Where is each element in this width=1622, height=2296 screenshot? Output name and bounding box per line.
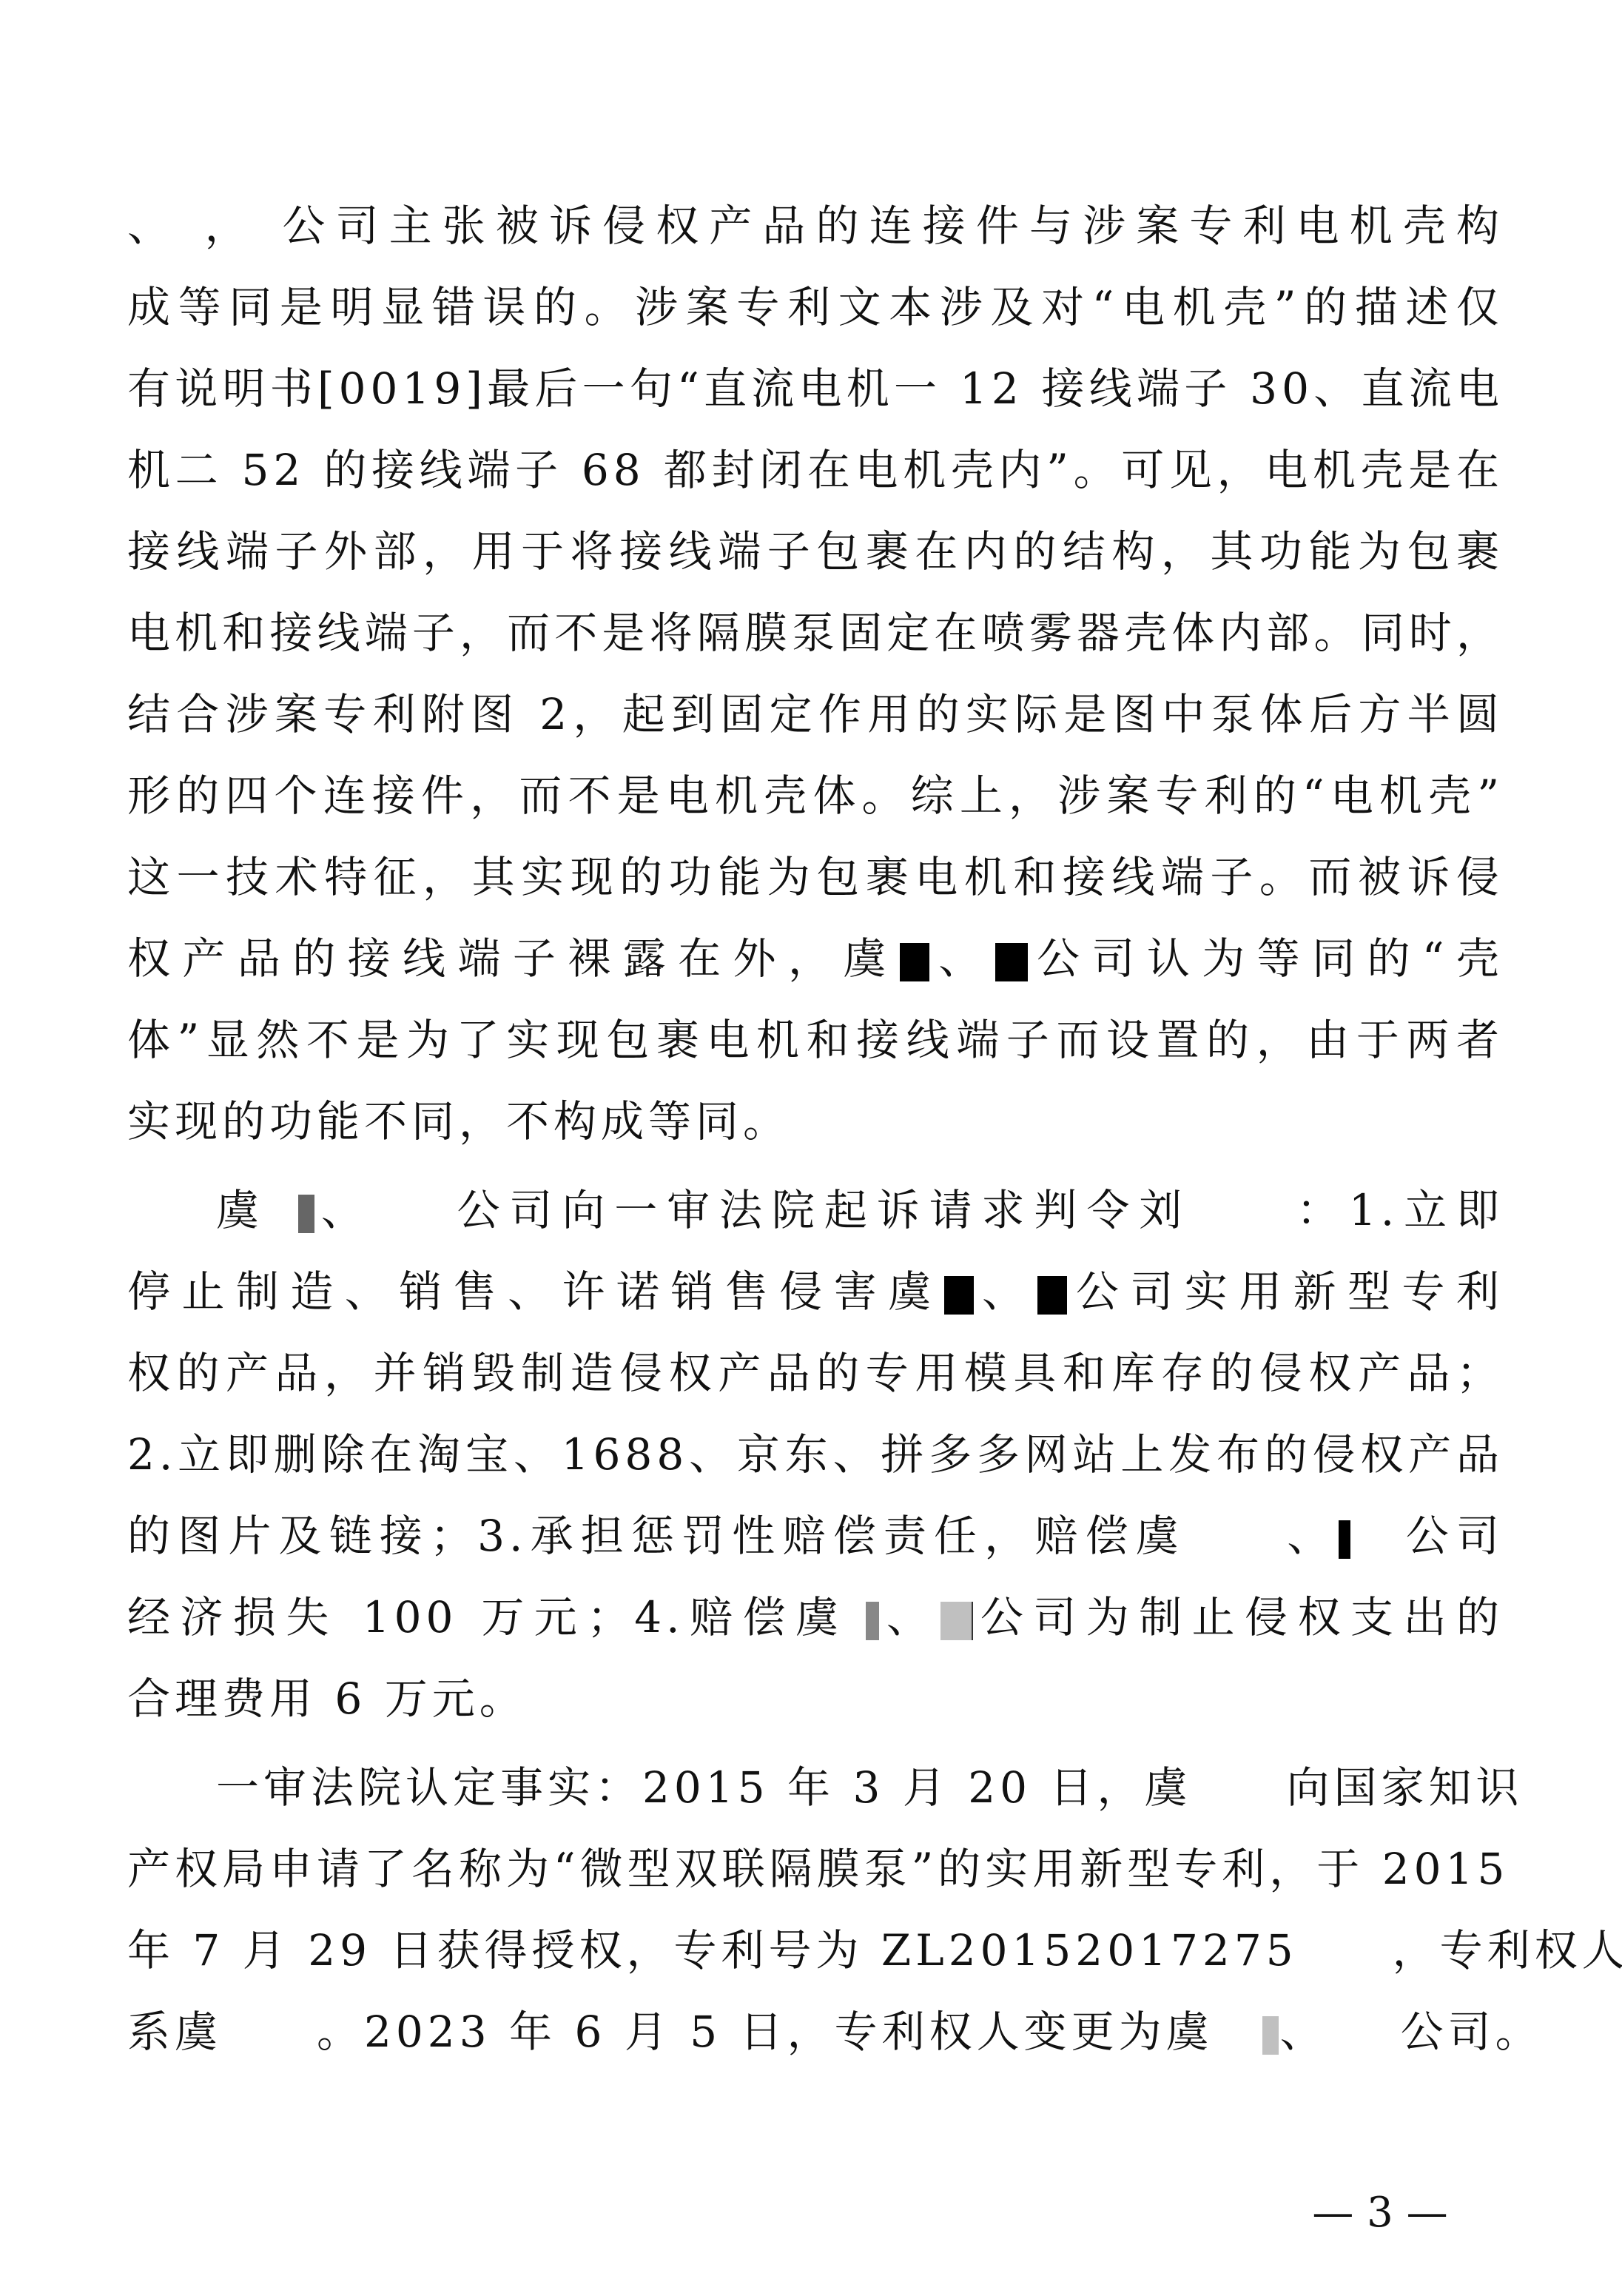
text-segment: 实现的功能不同，不构成等同。 — [127, 1096, 790, 1147]
text-segment: 结合涉案专利附图 2，起到固定作用的实际是图中泵体后方半圆 — [127, 689, 1504, 739]
text-line: 这一技术特征，其实现的功能为包裹电机和接线端子。而被诉侵 — [127, 836, 1504, 918]
text-segment: 公司实用新型专利 — [1069, 1266, 1504, 1317]
text-line: 停止制造、销售、许诺销售侵害虞、公司实用新型专利 — [127, 1251, 1504, 1332]
text-segment: 成等同是明显错误的。涉案专利文本涉及对“电机壳”的描述仅 — [127, 282, 1504, 332]
text-line: 年 7 月 29 日获得授权，专利号为 ZL20152017275 ，专利权人 — [127, 1910, 1504, 1991]
text-segment: 机二 52 的接线端子 68 都封闭在电机壳内”。可见，电机壳是在 — [127, 445, 1504, 495]
text-segment: 停止制造、销售、许诺销售侵害虞 — [127, 1266, 943, 1317]
text-line: 形的四个连接件，而不是电机壳体。综上，涉案专利的“电机壳” — [127, 755, 1504, 836]
text-line: 一审法院认定事实：2015 年 3 月 20 日，虞 向国家知识 — [127, 1747, 1504, 1828]
redaction-block — [298, 1195, 314, 1233]
text-line: 系虞 。2023 年 6 月 5 日，专利权人变更为虞 、 公司。 — [127, 1991, 1504, 2072]
text-segment: 年 7 月 29 日获得授权，专利号为 ZL20152017275 ，专利权人 — [127, 1925, 1622, 1976]
text-segment: 有说明书[0019]最后一句“直流电机一 12 接线端子 30、直流电 — [127, 363, 1504, 414]
text-line: 2.立即删除在淘宝、1688、京东、拼多多网站上发布的侵权产品 — [127, 1414, 1504, 1495]
text-line: 合理费用 6 万元。 — [127, 1658, 1504, 1739]
redaction-block — [900, 943, 929, 981]
redaction-block — [995, 943, 1028, 981]
text-segment: 、 公司。 — [1280, 2007, 1543, 2057]
text-segment: 接线端子外部，用于将接线端子包裹在内的结构，其功能为包裹 — [127, 526, 1504, 577]
text-segment: 权的产品，并销毁制造侵权产品的专用模具和库存的侵权产品； — [127, 1348, 1504, 1398]
text-line: 结合涉案专利附图 2，起到固定作用的实际是图中泵体后方半圆 — [127, 674, 1504, 755]
page-number: — 3 — — [1291, 2187, 1469, 2239]
text-segment: 的图片及链接；3.承担惩罚性赔偿责任，赔偿虞 、 — [127, 1511, 1337, 1561]
text-line: 虞、 公司向一审法院起诉请求判令刘 ：1.立即 — [127, 1169, 1504, 1251]
text-segment: 、 — [881, 1592, 939, 1642]
text-line: 的图片及链接；3.承担惩罚性赔偿责任，赔偿虞 、 公司 — [127, 1495, 1504, 1577]
text-segment: 系虞 。2023 年 6 月 5 日，专利权人变更为虞 — [127, 2007, 1261, 2057]
text-segment: 公司为制止侵权支出的 — [975, 1592, 1504, 1642]
redaction-block — [940, 1602, 973, 1640]
text-segment: 、 — [975, 1266, 1037, 1317]
redaction-block — [944, 1276, 974, 1315]
text-line: 、 ， 公司主张被诉侵权产品的连接件与涉案专利电机壳构 — [127, 185, 1504, 266]
text-line: 权的产品，并销毁制造侵权产品的专用模具和库存的侵权产品； — [127, 1332, 1504, 1414]
text-line: 体”显然不是为了实现包裹电机和接线端子而设置的，由于两者 — [127, 999, 1504, 1081]
text-line: 接线端子外部，用于将接线端子包裹在内的结构，其功能为包裹 — [127, 511, 1504, 592]
text-segment: 公司 — [1352, 1511, 1504, 1561]
text-segment: 这一技术特征，其实现的功能为包裹电机和接线端子。而被诉侵 — [127, 852, 1504, 902]
text-segment: 产权局申请了名称为“微型双联隔膜泵”的实用新型专利，于 2015 — [127, 1844, 1509, 1894]
text-line: 成等同是明显错误的。涉案专利文本涉及对“电机壳”的描述仅 — [127, 266, 1504, 348]
text-segment: 权产品的接线端子裸露在外，虞 — [127, 933, 898, 984]
redaction-block — [1262, 2016, 1279, 2055]
redaction-block — [1037, 1276, 1067, 1315]
text-line: 电机和接线端子，而不是将隔膜泵固定在喷雾器壳体内部。同时， — [127, 592, 1504, 674]
text-segment: 2.立即删除在淘宝、1688、京东、拼多多网站上发布的侵权产品 — [127, 1429, 1504, 1480]
text-line: 有说明书[0019]最后一句“直流电机一 12 接线端子 30、直流电 — [127, 348, 1504, 429]
text-segment: 合理费用 6 万元。 — [127, 1674, 527, 1724]
text-segment: 虞 — [216, 1185, 269, 1235]
text-line: 机二 52 的接线端子 68 都封闭在电机壳内”。可见，电机壳是在 — [127, 429, 1504, 511]
text-segment: 、 — [931, 933, 994, 984]
text-segment: 公司认为等同的“壳 — [1029, 933, 1504, 984]
text-segment: 、 ， 公司主张被诉侵权产品的连接件与涉案专利电机壳构 — [127, 201, 1504, 251]
text-segment: 一审法院认定事实：2015 年 3 月 20 日，虞 向国家知识 — [216, 1762, 1524, 1813]
text-segment: 经济损失 100 万元；4.赔偿虞 — [127, 1592, 848, 1642]
redaction-block — [1339, 1520, 1350, 1559]
redaction-block — [866, 1602, 879, 1640]
text-line: 权产品的接线端子裸露在外，虞、公司认为等同的“壳 — [127, 918, 1504, 999]
text-segment: 体”显然不是为了实现包裹电机和接线端子而设置的，由于两者 — [127, 1015, 1504, 1065]
text-line: 实现的功能不同，不构成等同。 — [127, 1081, 1504, 1162]
text-line: 经济损失 100 万元；4.赔偿虞、公司为制止侵权支出的 — [127, 1577, 1504, 1658]
text-segment: 形的四个连接件，而不是电机壳体。综上，涉案专利的“电机壳” — [127, 771, 1504, 821]
text-line: 产权局申请了名称为“微型双联隔膜泵”的实用新型专利，于 2015 — [127, 1828, 1504, 1910]
document-page: 、 ， 公司主张被诉侵权产品的连接件与涉案专利电机壳构 成等同是明显错误的。涉案… — [0, 0, 1622, 2296]
text-segment: 、 公司向一审法院起诉请求判令刘 ：1.立即 — [316, 1185, 1504, 1235]
text-segment: 电机和接线端子，而不是将隔膜泵固定在喷雾器壳体内部。同时， — [127, 608, 1504, 658]
